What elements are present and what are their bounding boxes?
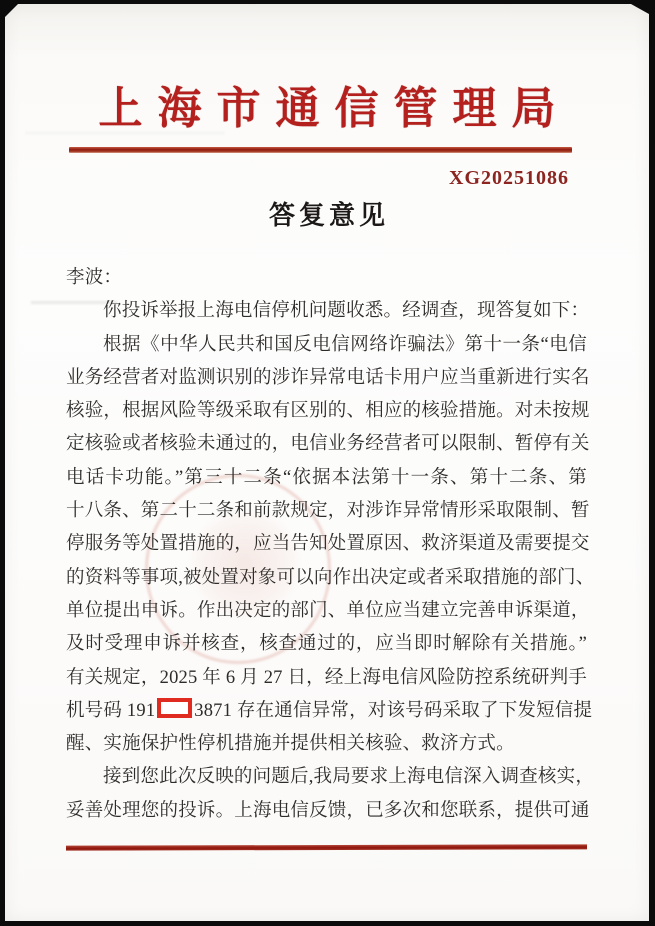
- body-line: 根据《中华人民共和国反电信网络诈骗法》第十一条“电信: [66, 329, 587, 362]
- photo-corner-shadow: [5, 4, 18, 17]
- body-line: 有关规定，2025 年 6 月 27 日，经上海电信风险防控系统研判手: [66, 662, 587, 695]
- body-line: 机号码 1913871 存在通信异常，对该号码采取了下发短信提: [66, 695, 587, 728]
- body-line: 醒、实施保护性停机措施并提供相关核验、救济方式。: [66, 728, 587, 761]
- phone-suffix: 3871 存在通信异常，对该号码采取了下发短信提: [194, 701, 592, 721]
- header-rule: [69, 147, 572, 153]
- photo-corner-shadow: [631, 4, 649, 14]
- body-line: 及时受理申诉并核查，核查通过的，应当即时解除有关措施。”: [66, 628, 587, 661]
- body-line: 十八条、第二十二条和前款规定，对涉诈异常情形采取限制、暂: [66, 495, 587, 528]
- body-line: 单位提出申诉。作出决定的部门、单位应当建立完善申诉渠道，: [66, 595, 587, 628]
- document-body: 李波： 你投诉举报上海电信停机问题收悉。经调查，现答复如下：根据《中华人民共和国…: [66, 262, 587, 828]
- body-line: 停服务等处置措施的，应当告知处置原因、救济渠道及需要提交: [66, 528, 587, 561]
- body-lines: 你投诉举报上海电信停机问题收悉。经调查，现答复如下：根据《中华人民共和国反电信网…: [66, 295, 587, 828]
- scan-photo: { "agency_name": "上海市通信管理局", "doc_number…: [0, 0, 655, 926]
- recipient-salutation: 李波：: [66, 262, 587, 295]
- document-title: 答复意见: [5, 195, 649, 232]
- agency-name: 上海市通信管理局: [5, 72, 649, 136]
- body-line: 业务经营者对监测识别的涉诈异常电话卡用户应当重新进行实名: [66, 362, 587, 395]
- body-line: 的资料等事项,被处置对象可以向作出决定或者采取措施的部门、: [66, 562, 587, 595]
- phone-prefix: 机号码 191: [66, 701, 155, 721]
- redaction-box: [157, 698, 192, 718]
- document-number: XG20251086: [449, 167, 569, 190]
- document-page: 上海市通信管理局 XG20251086 答复意见 李波： 你投诉举报上海电信停机…: [5, 4, 649, 921]
- body-line: 接到您此次反映的问题后,我局要求上海电信深入调查核实，: [66, 761, 587, 794]
- footer-rule: [66, 844, 587, 850]
- body-line: 你投诉举报上海电信停机问题收悉。经调查，现答复如下：: [66, 295, 587, 328]
- body-line: 核验，根据风险等级采取有区别的、相应的核验措施。对未按规: [66, 395, 587, 428]
- body-line: 定核验或者核验未通过的，电信业务经营者可以限制、暂停有关: [66, 428, 587, 461]
- body-line: 电话卡功能。”第三十二条“依据本法第十一条、第十二条、第: [66, 462, 587, 495]
- body-line: 妥善处理您的投诉。上海电信反馈，已多次和您联系，提供可通: [66, 795, 587, 828]
